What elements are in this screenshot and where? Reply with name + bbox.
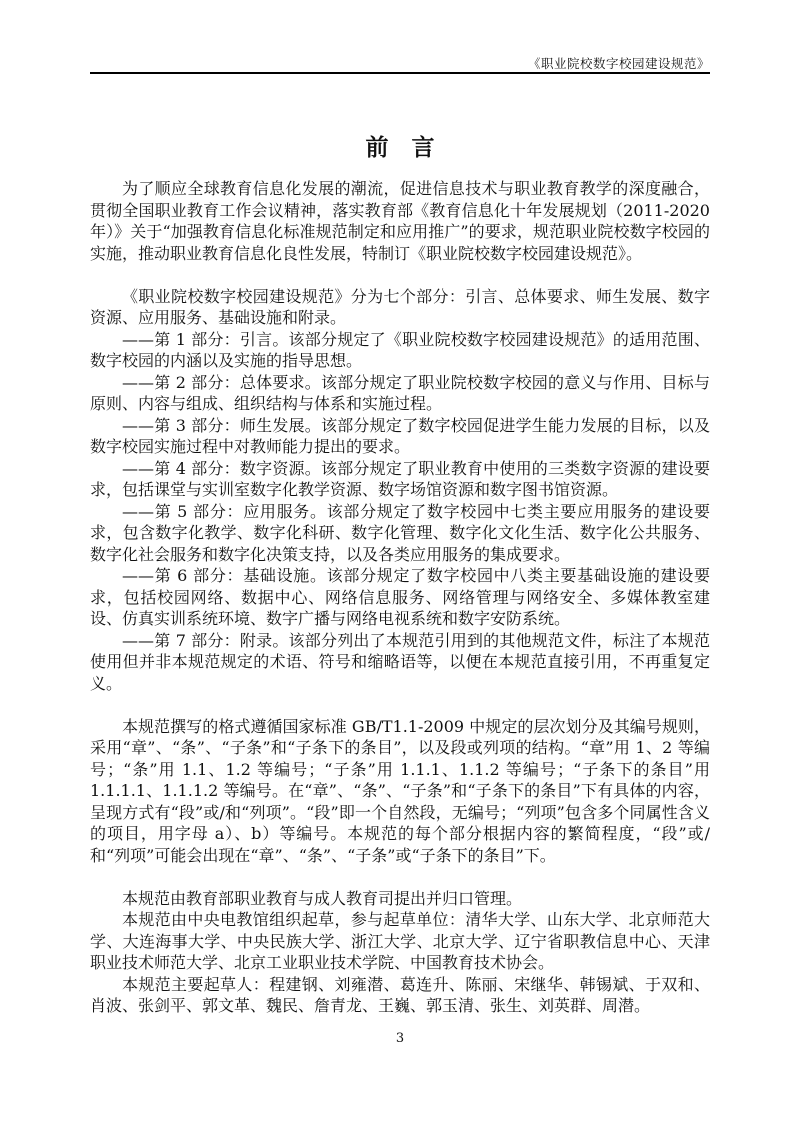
paragraph-management: 本规范由教育部职业教育与成人教育司提出并归口管理。 — [90, 888, 710, 910]
running-header-title: 《职业院校数字校园建设规范》 — [90, 0, 710, 71]
paragraph-part-3: ——第 3 部分：师生发展。该部分规定了数字校园促进学生能力发展的目标，以及数字… — [90, 415, 710, 458]
paragraph-format-rules: 本规范撰写的格式遵循国家标准 GB/T1.1-2009 中规定的层次划分及其编号… — [90, 716, 710, 867]
paragraph-part-1: ——第 1 部分：引言。该部分规定了《职业院校数字校园建设规范》的适用范围、数字… — [90, 329, 710, 372]
page-number: 3 — [90, 1031, 710, 1046]
header-rule-divider — [90, 72, 710, 74]
paragraph-part-7: ——第 7 部分：附录。该部分列出了本规范引用到的其他规范文件，标注了本规范使用… — [90, 630, 710, 695]
paragraph-part-4: ——第 4 部分：数字资源。该部分规定了职业教育中使用的三类数字资源的建设要求，… — [90, 458, 710, 501]
paragraph-part-5: ——第 5 部分：应用服务。该部分规定了数字校园中七类主要应用服务的建设要求，包… — [90, 501, 710, 566]
page-title: 前 言 — [90, 134, 710, 162]
document-page: 《职业院校数字校园建设规范》 前 言 为了顺应全球教育信息化发展的潮流，促进信息… — [0, 0, 793, 1122]
paragraph-part-2: ——第 2 部分：总体要求。该部分规定了职业院校数字校园的意义与作用、目标与原则… — [90, 372, 710, 415]
paragraph-parts-overview: 《职业院校数字校园建设规范》分为七个部分：引言、总体要求、师生发展、数字资源、应… — [90, 286, 710, 329]
body-text: 为了顺应全球教育信息化发展的潮流，促进信息技术与职业教育教学的深度融合，贯彻全国… — [90, 178, 710, 1017]
paragraph-drafting-units: 本规范由中央电教馆组织起草，参与起草单位：清华大学、山东大学、北京师范大学、大连… — [90, 909, 710, 974]
paragraph-intro: 为了顺应全球教育信息化发展的潮流，促进信息技术与职业教育教学的深度融合，贯彻全国… — [90, 178, 710, 264]
page-content: 《职业院校数字校园建设规范》 前 言 为了顺应全球教育信息化发展的潮流，促进信息… — [90, 0, 710, 1017]
paragraph-part-6: ——第 6 部分：基础设施。该部分规定了数字校园中八类主要基础设施的建设要求，包… — [90, 565, 710, 630]
paragraph-drafters: 本规范主要起草人：程建钢、刘雍潜、葛连升、陈丽、宋继华、韩锡斌、于双和、肖波、张… — [90, 974, 710, 1017]
